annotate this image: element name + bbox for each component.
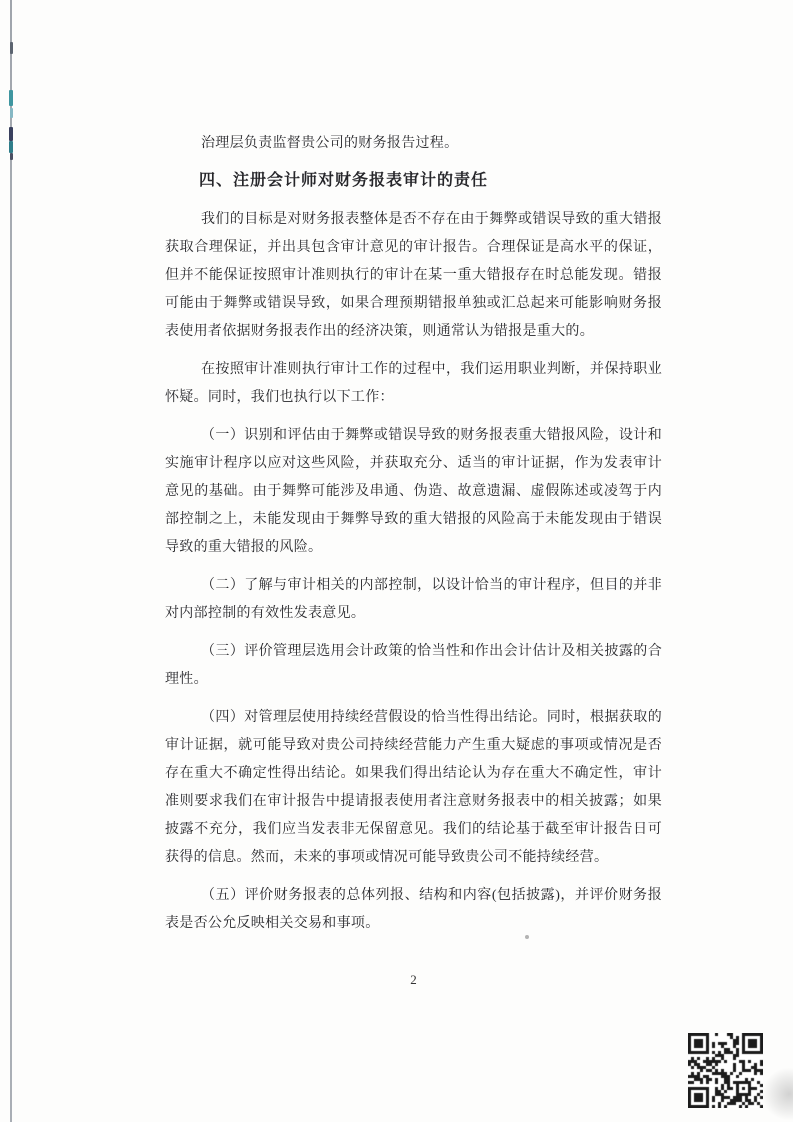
paragraph-item-2: （二）了解与审计相关的内部控制，以设计恰当的审计程序，但目的并非对内部控制的有效…: [165, 572, 662, 628]
qr-code: [688, 1033, 763, 1108]
scan-artifact-speck: [9, 127, 13, 141]
scan-artifact-speck: [9, 90, 13, 106]
scan-artifact-line: [10, 0, 12, 1122]
section-heading: 四、注册会计师对财务报表审计的责任: [165, 167, 662, 195]
document-body: 治理层负责监督贵公司的财务报告过程。 四、注册会计师对财务报表审计的责任 我们的…: [165, 130, 662, 948]
paragraph-intro: 治理层负责监督贵公司的财务报告过程。: [165, 130, 662, 158]
scan-artifact-speck: [10, 42, 13, 54]
scan-artifact-speck: [10, 153, 13, 160]
paragraph-item-3: （三）评价管理层选用会计政策的恰当性和作出会计估计及相关披露的合理性。: [165, 638, 662, 694]
paragraph-professional-judgment: 在按照审计准则执行审计工作的过程中，我们运用职业判断，并保持职业怀疑。同时，我们…: [165, 356, 662, 412]
paragraph-item-5: （五）评价财务报表的总体列报、结构和内容(包括披露)，并评价财务报表是否公允反映…: [165, 882, 662, 938]
scan-smudge: [763, 1068, 793, 1120]
paragraph-objective: 我们的目标是对财务报表整体是否不存在由于舞弊或错误导致的重大错报获取合理保证，并…: [165, 206, 662, 346]
scan-artifact-speck: [10, 108, 13, 118]
paragraph-item-1: （一）识别和评估由于舞弊或错误导致的财务报表重大错报风险，设计和实施审计程序以应…: [165, 422, 662, 562]
paragraph-item-4: （四）对管理层使用持续经营假设的恰当性得出结论。同时，根据获取的审计证据，就可能…: [165, 704, 662, 872]
document-page: 治理层负责监督贵公司的财务报告过程。 四、注册会计师对财务报表审计的责任 我们的…: [0, 0, 793, 1122]
page-number: 2: [165, 972, 662, 988]
scan-artifact-speck: [9, 141, 13, 153]
